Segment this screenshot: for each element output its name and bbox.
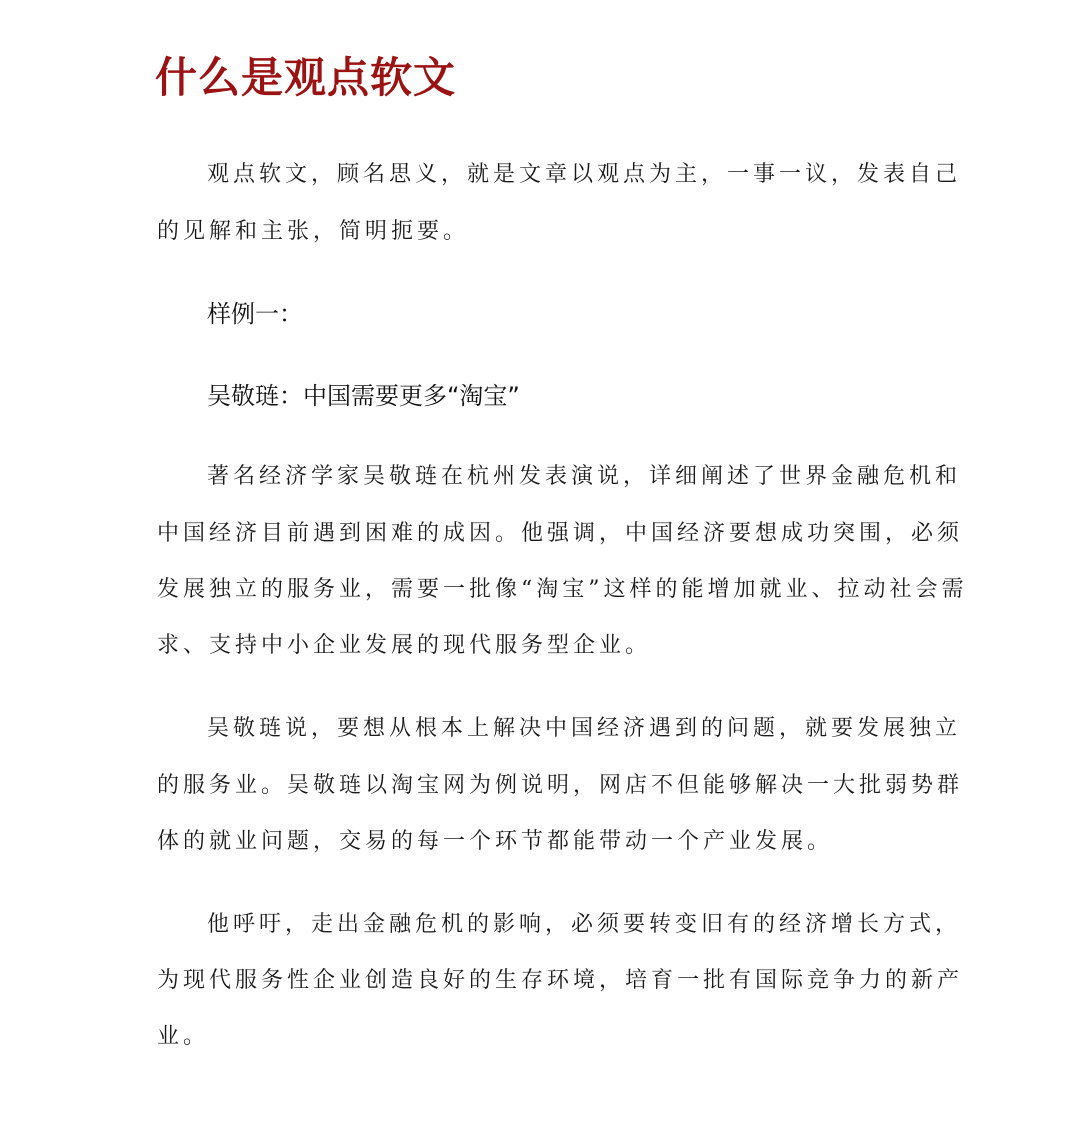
paragraph-1-line-3: 发展独立的服务业，需要一批像“淘宝”这样的能增加就业、拉动社会需 — [157, 575, 947, 605]
document-page: 什么是观点软文 观点软文，顾名思义，就是文章以观点为主，一事一议，发表自己 的见… — [0, 0, 1079, 1137]
paragraph-3-line-3: 业。 — [157, 1022, 947, 1052]
intro-line-1: 观点软文，顾名思义，就是文章以观点为主，一事一议，发表自己 — [207, 160, 997, 190]
intro-line-2: 的见解和主张，简明扼要。 — [157, 217, 947, 247]
paragraph-2-line-3: 体的就业问题，交易的每一个环节都能带动一个产业发展。 — [157, 827, 947, 857]
paragraph-1-line-2: 中国经济目前遇到困难的成因。他强调，中国经济要想成功突围，必须 — [157, 519, 947, 549]
example-title: 吴敬琏：中国需要更多“淘宝” — [207, 380, 520, 412]
paragraph-3-line-2: 为现代服务性企业创造良好的生存环境，培育一批有国际竞争力的新产 — [157, 966, 947, 996]
paragraph-1-line-1: 著名经济学家吴敬琏在杭州发表演说，详细阐述了世界金融危机和 — [207, 462, 997, 492]
paragraph-3-line-1: 他呼吁，走出金融危机的影响，必须要转变旧有的经济增长方式， — [207, 910, 997, 940]
paragraph-1-line-4: 求、支持中小企业发展的现代服务型企业。 — [157, 631, 947, 661]
example-label: 样例一： — [207, 298, 303, 330]
paragraph-2-line-2: 的服务业。吴敬琏以淘宝网为例说明，网店不但能够解决一大批弱势群 — [157, 771, 947, 801]
paragraph-2-line-1: 吴敬琏说，要想从根本上解决中国经济遇到的问题，就要发展独立 — [207, 714, 997, 744]
page-title: 什么是观点软文 — [155, 50, 456, 106]
